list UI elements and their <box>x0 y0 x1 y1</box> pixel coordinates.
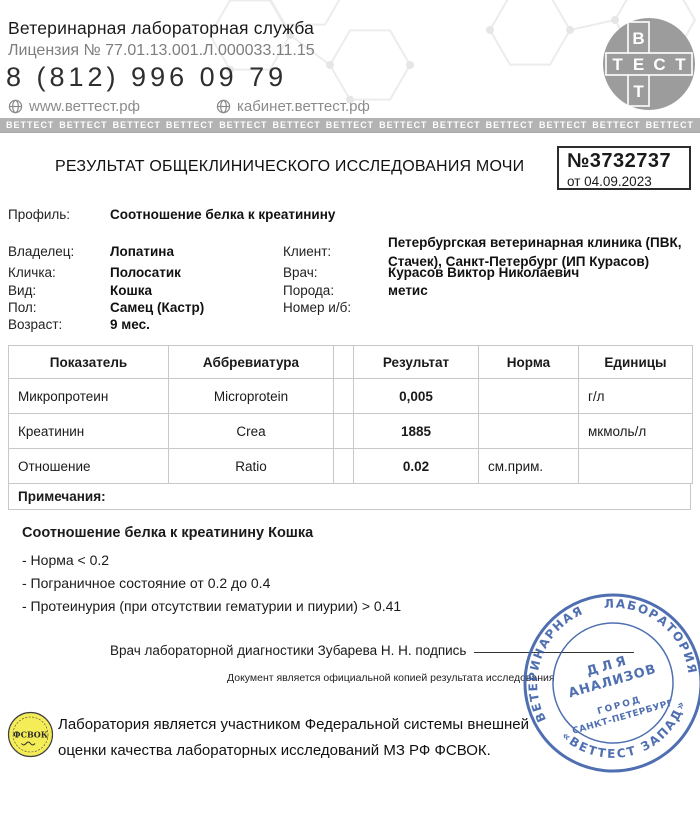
profile-value: Соотношение белка к креатинину <box>110 207 335 222</box>
fsvok-statement-line: Лаборатория является участником Федераль… <box>58 712 529 738</box>
bettest-badge: ВЕТТЕСТ <box>59 120 107 130</box>
column-header: Единицы <box>579 346 693 379</box>
norm-cell: см.прим. <box>479 449 579 484</box>
result-cell: 0.02 <box>354 449 479 484</box>
column-header: Аббревиатура <box>169 346 334 379</box>
units-cell: г/л <box>579 379 693 414</box>
column-header: Показатель <box>9 346 169 379</box>
doctor-label: Врач: <box>283 265 318 280</box>
bettest-badge: ВЕТТЕСТ <box>6 120 54 130</box>
bettest-badge: ВЕТТЕСТ <box>326 120 374 130</box>
fsvok-statement-line: оценки качества лабораторных исследовани… <box>58 738 529 764</box>
vettest-logo: В Т Е С Т Т <box>602 17 696 111</box>
history-number-label: Номер и/б: <box>283 300 351 315</box>
result-cell: 1885 <box>354 414 479 449</box>
phone-number: 8 (812) 996 09 79 <box>6 62 287 93</box>
fsvok-logo: ФСВОК <box>7 711 54 758</box>
pet-name-label: Кличка: <box>8 265 56 280</box>
breed-label: Порода: <box>283 283 334 298</box>
bettest-badge: ВЕТТЕСТ <box>219 120 267 130</box>
result-cell: 0,005 <box>354 379 479 414</box>
abbr-cell: Crea <box>169 414 334 449</box>
logo-letter: Е <box>633 55 644 74</box>
column-header: Норма <box>479 346 579 379</box>
lab-stamp: ВЕТЕРИНАРНАЯ ЛАБОРАТОРИЯ «ВЕТТЕСТ ЗАПАД»… <box>495 565 700 800</box>
indicator-cell: Отношение <box>9 449 169 484</box>
bettest-badge: ВЕТТЕСТ <box>646 120 694 130</box>
client-label: Клиент: <box>283 244 331 259</box>
units-cell <box>579 449 693 484</box>
owner-label: Владелец: <box>8 244 74 259</box>
report-date: от 04.09.2023 <box>567 174 681 189</box>
logo-letter: С <box>653 55 665 74</box>
report-title: РЕЗУЛЬТАТ ОБЩЕКЛИНИЧЕСКОГО ИССЛЕДОВАНИЯ … <box>55 158 524 176</box>
indicator-cell: Микропротеин <box>9 379 169 414</box>
bettest-badge: ВЕТТЕСТ <box>166 120 214 130</box>
globe-icon <box>8 99 23 114</box>
report-number-box: №3732737 от 04.09.2023 <box>557 146 691 190</box>
bettest-badge-strip: ВЕТТЕСТ ВЕТТЕСТ ВЕТТЕСТ ВЕТТЕСТ ВЕТТЕСТ … <box>0 118 700 133</box>
spacer-cell <box>334 379 354 414</box>
units-cell: мкмоль/л <box>579 414 693 449</box>
bettest-badge: ВЕТТЕСТ <box>592 120 640 130</box>
norm-cell <box>479 414 579 449</box>
abbr-cell: Microprotein <box>169 379 334 414</box>
age-label: Возраст: <box>8 317 62 332</box>
logo-letter: В <box>632 29 644 48</box>
sex-value: Самец (Кастр) <box>110 300 204 315</box>
species-value: Кошка <box>110 283 152 298</box>
lab-report-page: Ветеринарная лабораторная служба Лицензи… <box>0 0 700 828</box>
sex-label: Пол: <box>8 300 37 315</box>
report-number: №3732737 <box>567 150 681 173</box>
profile-label: Профиль: <box>8 207 70 222</box>
column-header: Результат <box>354 346 479 379</box>
notes-header-bar: Примечания: <box>8 483 691 510</box>
website-cabinet: кабинет.веттест.рф <box>237 98 370 115</box>
breed-value: метис <box>388 283 428 298</box>
org-name: Ветеринарная лабораторная служба <box>8 18 314 39</box>
bettest-badge: ВЕТТЕСТ <box>432 120 480 130</box>
owner-value: Лопатина <box>110 244 174 259</box>
logo-letter: Т <box>612 55 623 74</box>
age-value: 9 мес. <box>110 317 150 332</box>
fineprint: Документ является официальной копией рез… <box>227 672 555 684</box>
note-item: - Пограничное состояние от 0.2 до 0.4 <box>22 572 401 595</box>
column-header-spacer <box>334 346 354 379</box>
fsvok-statement: Лаборатория является участником Федераль… <box>58 712 529 763</box>
website-main: www.веттест.рф <box>29 98 140 115</box>
notes-list: - Норма < 0.2 - Пограничное состояние от… <box>22 549 401 618</box>
logo-letter: Т <box>675 55 686 74</box>
norm-cell <box>479 379 579 414</box>
websites-row: www.веттест.рф кабинет.веттест.рф <box>8 98 370 115</box>
signature-label: Врач лабораторной диагностики Зубарева Н… <box>110 643 466 658</box>
license-number: Лицензия № 77.01.13.001.Л.000033.11.15 <box>8 42 315 60</box>
doctor-value: Курасов Виктор Николаевич <box>388 265 579 280</box>
globe-icon <box>216 99 231 114</box>
pet-name-value: Полосатик <box>110 265 181 280</box>
spacer-cell <box>334 449 354 484</box>
results-table: Показатель Аббревиатура Результат Норма … <box>8 345 693 484</box>
bettest-badge: ВЕТТЕСТ <box>539 120 587 130</box>
note-item: - Норма < 0.2 <box>22 549 401 572</box>
spacer-cell <box>334 414 354 449</box>
bettest-badge: ВЕТТЕСТ <box>272 120 320 130</box>
bettest-badge: ВЕТТЕСТ <box>113 120 161 130</box>
indicator-cell: Креатинин <box>9 414 169 449</box>
fsvok-logo-text: ФСВОК <box>13 730 49 740</box>
note-item: - Протеинурия (при отсутствии гематурии … <box>22 595 401 618</box>
species-label: Вид: <box>8 283 36 298</box>
bettest-badge: ВЕТТЕСТ <box>486 120 534 130</box>
logo-letter: Т <box>633 82 644 101</box>
bettest-badge: ВЕТТЕСТ <box>379 120 427 130</box>
abbr-cell: Ratio <box>169 449 334 484</box>
notes-title: Соотношение белка к креатинину Кошка <box>22 525 313 541</box>
